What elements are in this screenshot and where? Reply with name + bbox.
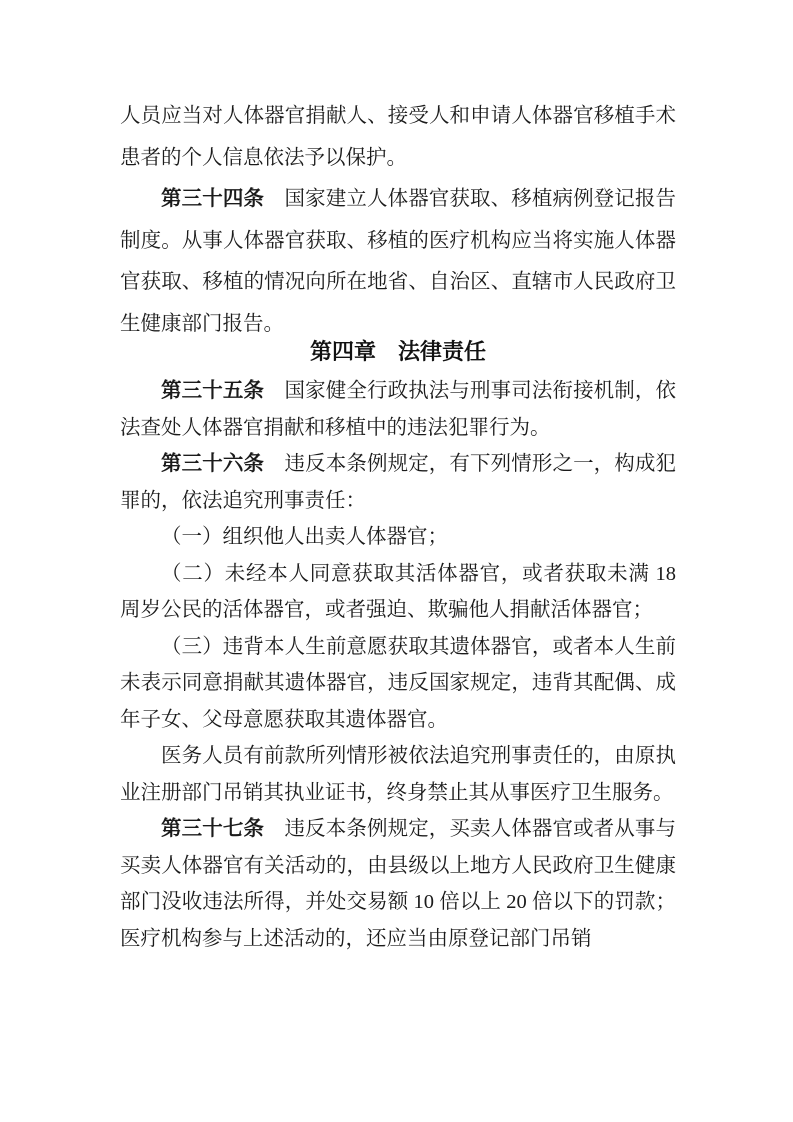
paragraph-continuation: 人员应当对人体器官捐献人、接受人和申请人体器官移植手术患者的个人信息依法予以保护… <box>120 96 676 179</box>
paragraph-medical-staff-penalty: 医务人员有前款所列情形被依法追究刑事责任的，由原执业注册部门吊销其执业证书，终身… <box>120 738 676 811</box>
section-before-chapter-heading: 人员应当对人体器官捐献人、接受人和申请人体器官移植手术患者的个人信息依法予以保护… <box>120 96 676 345</box>
article-34-number: 第三十四条 <box>161 188 264 210</box>
paragraph-article-34: 第三十四条国家建立人体器官获取、移植病例登记报告制度。从事人体器官获取、移植的医… <box>120 179 676 345</box>
paragraph-article-35: 第三十五条国家健全行政执法与刑事司法衔接机制，依法查处人体器官捐献和移植中的违法… <box>120 373 676 446</box>
document-page: 人员应当对人体器官捐献人、接受人和申请人体器官移植手术患者的个人信息依法予以保护… <box>0 0 793 1122</box>
article-36-number: 第三十六条 <box>161 453 264 475</box>
paragraph-article-37: 第三十七条违反本条例规定，买卖人体器官或者从事与买卖人体器官有关活动的，由县级以… <box>120 811 676 957</box>
list-item-1: （一）组织他人出卖人体器官； <box>120 519 676 556</box>
paragraph-article-36: 第三十六条违反本条例规定，有下列情形之一，构成犯罪的，依法追究刑事责任： <box>120 446 676 519</box>
section-after-chapter-heading: 第三十五条国家健全行政执法与刑事司法衔接机制，依法查处人体器官捐献和移植中的违法… <box>120 373 676 957</box>
article-37-number: 第三十七条 <box>161 818 264 840</box>
list-item-2: （二）未经本人同意获取其活体器官，或者获取未满 18 周岁公民的活体器官，或者强… <box>120 556 676 629</box>
list-item-3: （三）违背本人生前意愿获取其遗体器官，或者本人生前未表示同意捐献其遗体器官，违反… <box>120 629 676 739</box>
article-35-number: 第三十五条 <box>161 380 264 402</box>
